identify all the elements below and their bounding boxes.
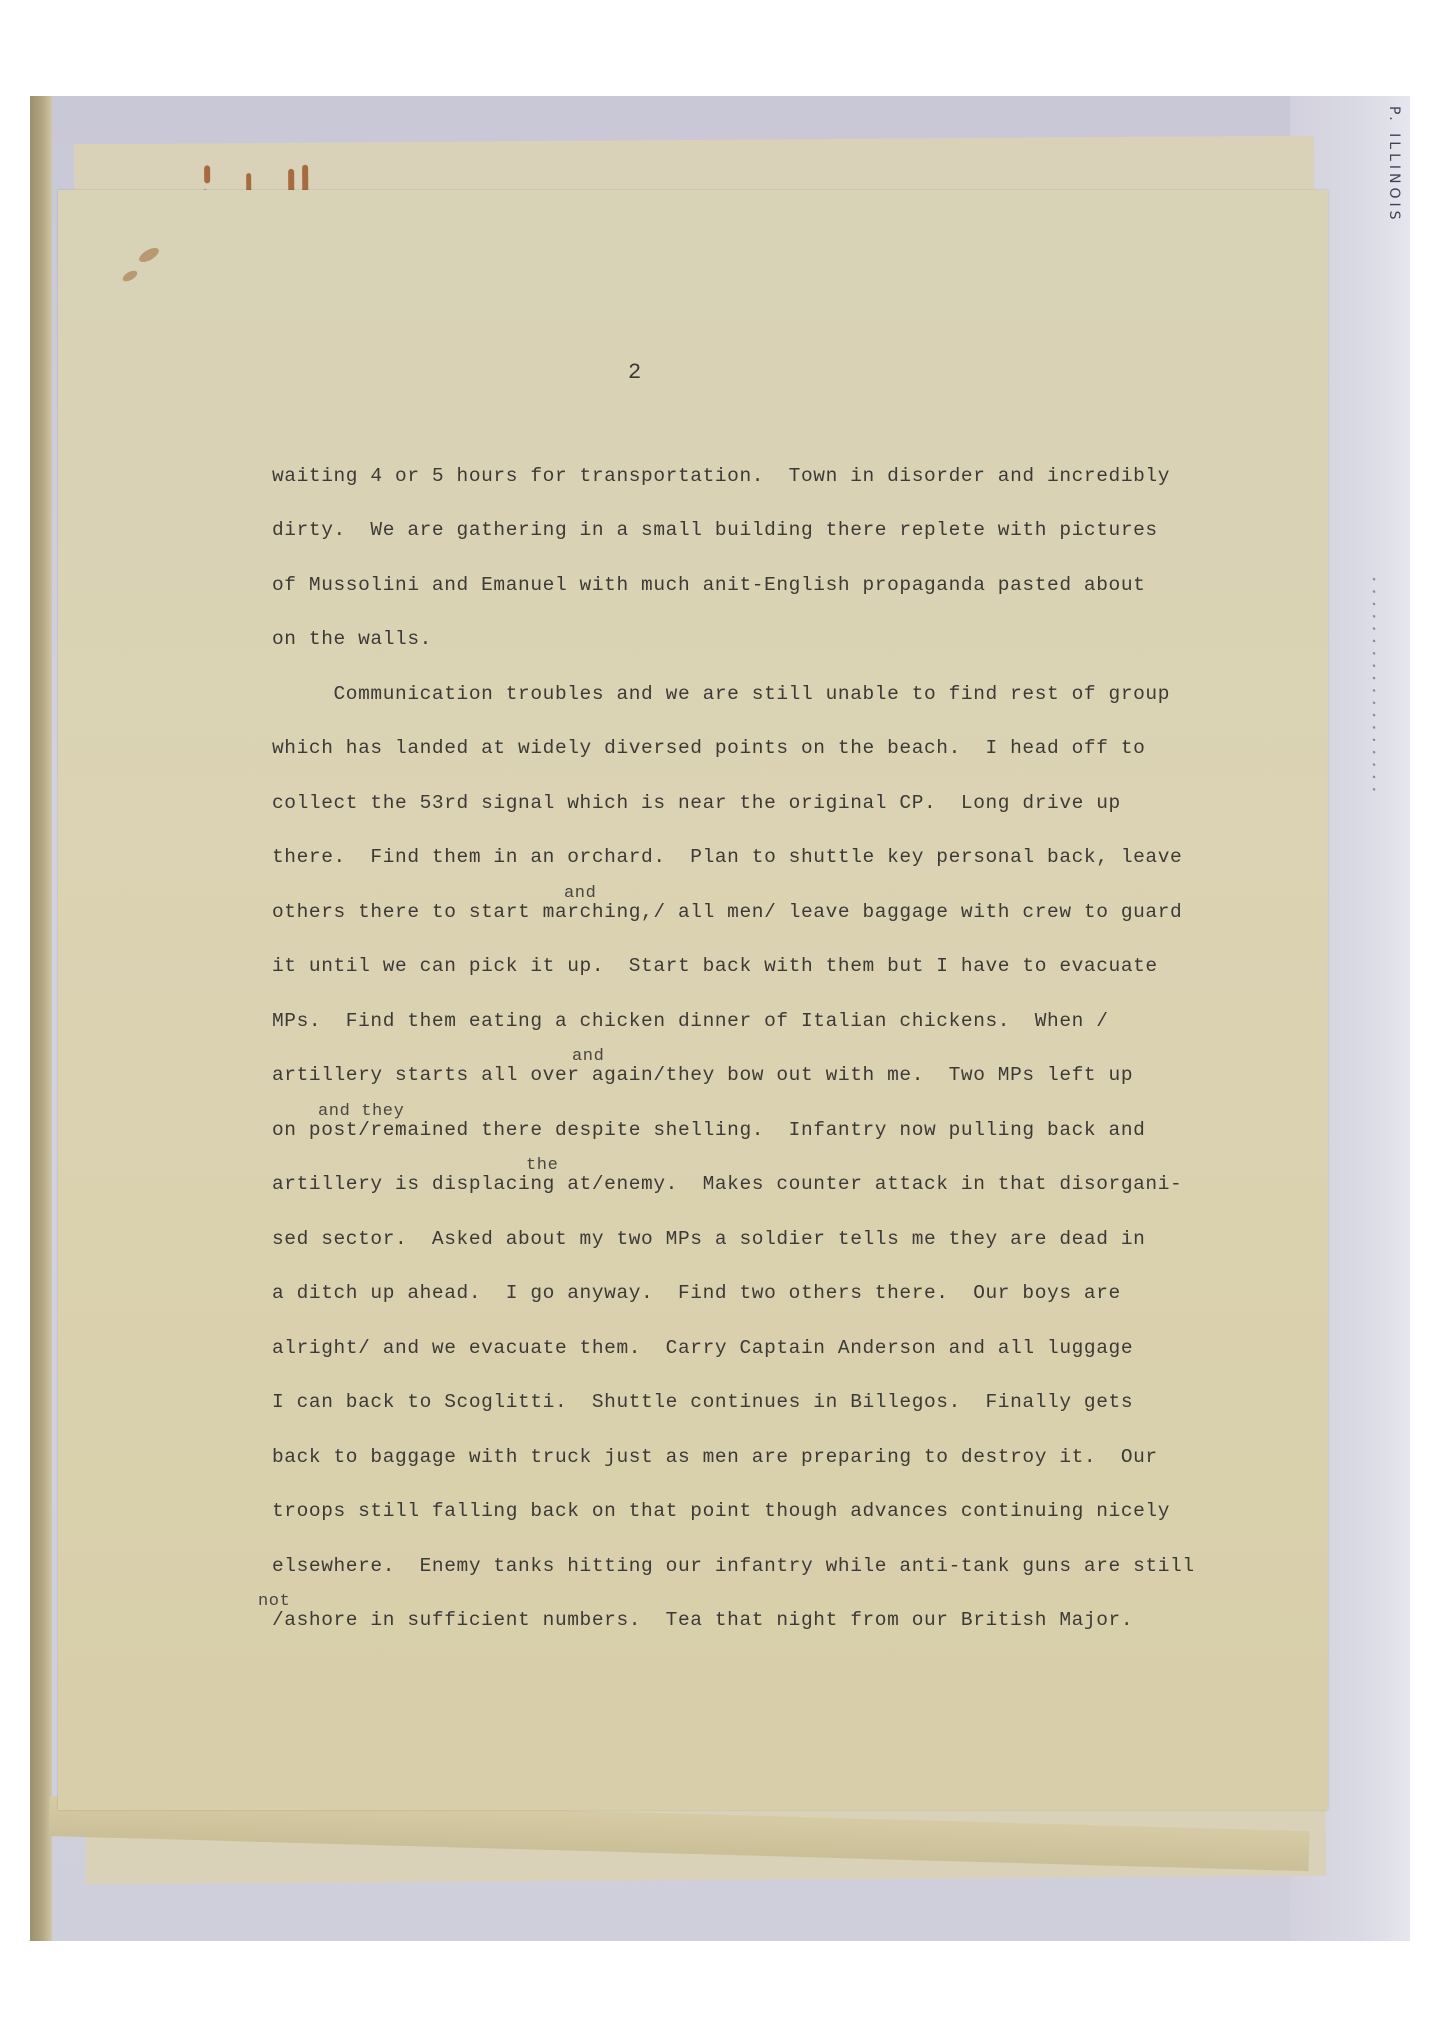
line-text: Communication troubles and we are still … (272, 683, 1170, 705)
document-photo: P. ILLINOIS .................. 2 waiting… (30, 96, 1410, 1941)
line-text: elsewhere. Enemy tanks hitting our infan… (272, 1555, 1195, 1577)
line-text: back to baggage with truck just as men a… (272, 1446, 1158, 1468)
line-text: of Mussolini and Emanuel with much anit-… (272, 574, 1145, 596)
line-text: on post/remained there despite shelling.… (272, 1119, 1145, 1141)
text-line: not /ashore in sufficient numbers. Tea t… (272, 1589, 1272, 1644)
typed-body: waiting 4 or 5 hours for transportation.… (272, 444, 1272, 1643)
line-text: which has landed at widely diversed poin… (272, 737, 1145, 759)
stain (121, 269, 139, 284)
folder-edge (30, 96, 52, 1941)
text-line: Communication troubles and we are still … (272, 662, 1272, 717)
text-line: troops still falling back on that point … (272, 1480, 1272, 1535)
text-line: and artillery starts all over again/they… (272, 1044, 1272, 1099)
line-text: waiting 4 or 5 hours for transportation.… (272, 465, 1170, 487)
side-handwriting: .................. (1368, 576, 1392, 798)
text-line: dirty. We are gathering in a small build… (272, 499, 1272, 554)
line-text: alright/ and we evacuate them. Carry Cap… (272, 1337, 1133, 1359)
text-line: and they on post/remained there despite … (272, 1098, 1272, 1153)
line-text: a ditch up ahead. I go anyway. Find two … (272, 1282, 1121, 1304)
line-text: there. Find them in an orchard. Plan to … (272, 846, 1182, 868)
text-line: a ditch up ahead. I go anyway. Find two … (272, 1262, 1272, 1317)
line-text: I can back to Scoglitti. Shuttle continu… (272, 1391, 1133, 1413)
line-text: troops still falling back on that point … (272, 1500, 1170, 1522)
line-text: artillery starts all over again/they bow… (272, 1064, 1133, 1086)
rust-stain (204, 165, 210, 183)
text-line: collect the 53rd signal which is near th… (272, 771, 1272, 826)
stain (137, 245, 161, 265)
text-line: waiting 4 or 5 hours for transportation.… (272, 444, 1272, 499)
page-number: 2 (628, 360, 641, 385)
text-line: I can back to Scoglitti. Shuttle continu… (272, 1371, 1272, 1426)
line-text: collect the 53rd signal which is near th… (272, 792, 1121, 814)
text-line: back to baggage with truck just as men a… (272, 1425, 1272, 1480)
text-line: sed sector. Asked about my two MPs a sol… (272, 1207, 1272, 1262)
line-text: on the walls. (272, 628, 432, 650)
text-line: the artillery is displacing at/enemy. Ma… (272, 1153, 1272, 1208)
line-text: others there to start marching,/ all men… (272, 901, 1182, 923)
line-text: artillery is displacing at/enemy. Makes … (272, 1173, 1182, 1195)
text-line: there. Find them in an orchard. Plan to … (272, 826, 1272, 881)
line-text: dirty. We are gathering in a small build… (272, 519, 1158, 541)
text-line: on the walls. (272, 608, 1272, 663)
typed-page: 2 waiting 4 or 5 hours for transportatio… (58, 190, 1328, 1810)
text-line: elsewhere. Enemy tanks hitting our infan… (272, 1534, 1272, 1589)
line-text: sed sector. Asked about my two MPs a sol… (272, 1228, 1145, 1250)
line-text: /ashore in sufficient numbers. Tea that … (272, 1609, 1133, 1631)
text-line: of Mussolini and Emanuel with much anit-… (272, 553, 1272, 608)
text-line: and others there to start marching,/ all… (272, 880, 1272, 935)
text-line: MPs. Find them eating a chicken dinner o… (272, 989, 1272, 1044)
side-label: P. ILLINOIS (1386, 106, 1402, 224)
line-text: it until we can pick it up. Start back w… (272, 955, 1158, 977)
text-line: which has landed at widely diversed poin… (272, 717, 1272, 772)
text-line: alright/ and we evacuate them. Carry Cap… (272, 1316, 1272, 1371)
text-line: it until we can pick it up. Start back w… (272, 935, 1272, 990)
line-text: MPs. Find them eating a chicken dinner o… (272, 1010, 1109, 1032)
